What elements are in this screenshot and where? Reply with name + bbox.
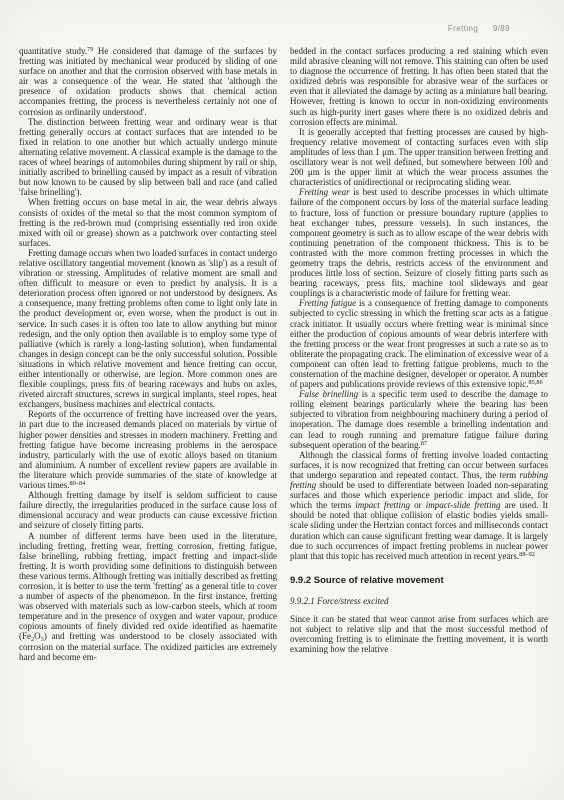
paragraph: Reports of the occurrence of fretting ha… <box>19 409 277 490</box>
reference-superscript: 88–92 <box>519 551 535 558</box>
running-header-title: Fretting <box>448 24 478 33</box>
reference-superscript: 3 <box>41 636 44 643</box>
paragraph: bedded in the contact surfaces producing… <box>290 46 548 127</box>
paragraph: Although fretting damage by itself is se… <box>19 490 277 530</box>
right-column: bedded in the contact surfaces producing… <box>290 46 548 662</box>
left-column: quantitative study.79 He considered that… <box>19 46 277 662</box>
paragraph: Fretting damage occurs when two loaded s… <box>19 248 277 410</box>
paragraph: quantitative study.79 He considered that… <box>19 46 277 117</box>
reference-superscript: 2 <box>31 636 34 643</box>
paragraph: The distinction between fretting wear an… <box>19 117 277 198</box>
paragraph: Fretting wear is best used to describe p… <box>290 187 548 298</box>
paragraph: A number of different terms have been us… <box>19 531 277 662</box>
text-columns: quantitative study.79 He considered that… <box>0 0 564 662</box>
running-header: Fretting 9/89 <box>448 24 510 33</box>
paragraph: Fretting fatigue is a consequence of fre… <box>290 298 548 389</box>
reference-superscript: 87 <box>421 440 427 447</box>
reference-superscript: 79 <box>87 46 93 53</box>
paragraph: Since it can be stated that wear cannot … <box>290 614 548 654</box>
running-header-page-number: 9/89 <box>493 24 510 33</box>
paragraph: False brinelling is a specific term used… <box>290 389 548 450</box>
paragraph: When fretting occurs on base metal in ai… <box>19 197 277 247</box>
reference-superscript: 80–84 <box>70 480 86 487</box>
paragraph: Although the classical forms of fretting… <box>290 450 548 561</box>
reference-superscript: 85,86 <box>528 379 542 386</box>
paragraph: It is generally accepted that fretting p… <box>290 127 548 188</box>
section-heading: 9.9.2 Source of relative movement <box>290 575 548 586</box>
subsection-heading: 9.9.2.1 Force/stress excited <box>290 596 548 606</box>
